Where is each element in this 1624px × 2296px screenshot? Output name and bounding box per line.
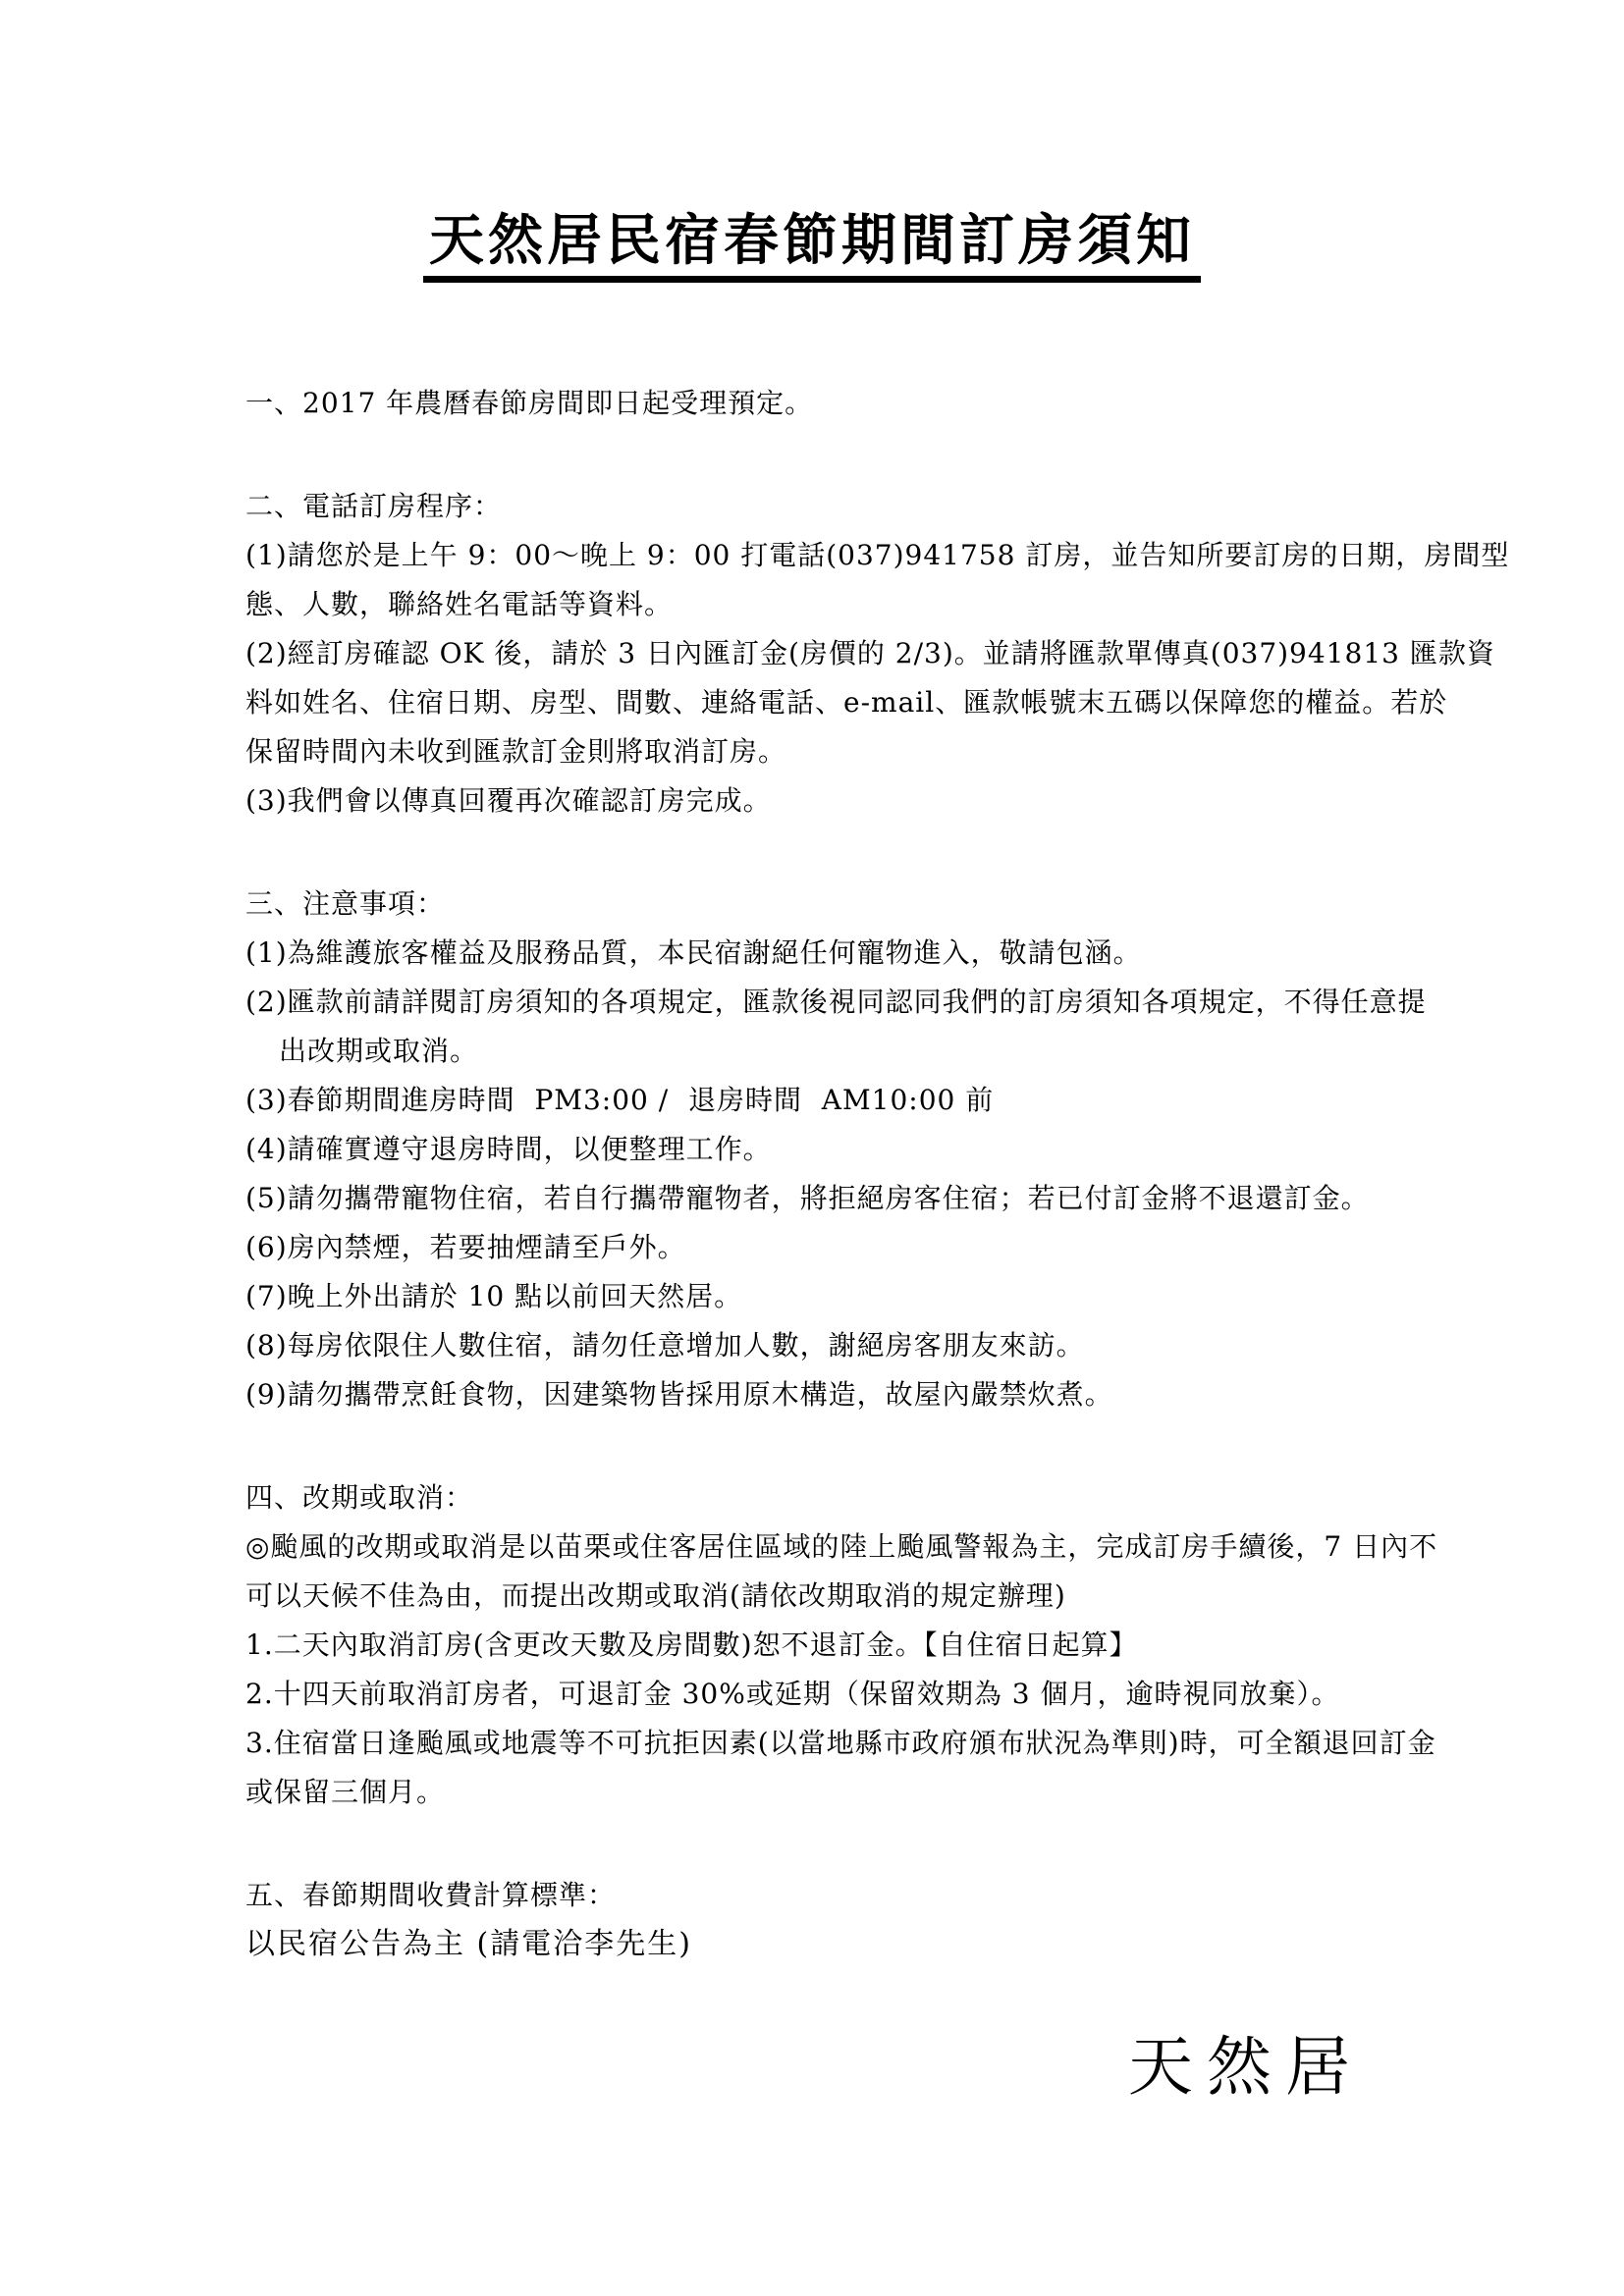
section-2-line-3: (2)經訂房確認 OK 後，請於 3 日內匯訂金(房價的 2/3)。並請將匯款單… <box>245 629 1428 678</box>
section-4-line-2: 可以天候不佳為由，而提出改期或取消(請依改期取消的規定辦理) <box>245 1572 1428 1621</box>
section-5-line-1: 以民宿公告為主 (請電洽李先生) <box>245 1920 1428 1969</box>
section-3-line-6: (5)請勿攜帶寵物住宿，若自行攜帶寵物者，將拒絕房客住宿；若已付訂金將不退還訂金… <box>245 1174 1428 1223</box>
section-2: 二、電話訂房程序： (1)請您於是上午 9：00～晚上 9：00 打電話(037… <box>245 482 1428 826</box>
section-3-line-8: (7)晚上外出請於 10 點以前回天然居。 <box>245 1272 1428 1321</box>
section-4-line-1: ◎颱風的改期或取消是以苗栗或住客居住區域的陸上颱風警報為主，完成訂房手續後，7 … <box>245 1522 1428 1572</box>
section-2-line-1: (1)請您於是上午 9：00～晚上 9：00 打電話(037)941758 訂房… <box>245 531 1428 580</box>
section-4-line-3: 1.二天內取消訂房(含更改天數及房間數)恕不退訂金。【自住宿日起算】 <box>245 1621 1428 1670</box>
section-3-line-9: (8)每房依限住人數住宿，請勿任意增加人數，謝絕房客朋友來訪。 <box>245 1321 1428 1370</box>
section-2-line-6: (3)我們會以傳真回覆再次確認訂房完成。 <box>245 776 1428 826</box>
section-1: 一、2017 年農曆春節房間即日起受理預定。 <box>245 379 1428 428</box>
section-3: 三、注意事項： (1)為維護旅客權益及服務品質，本民宿謝絕任何寵物進入，敬請包涵… <box>245 880 1428 1419</box>
section-3-line-5: (4)請確實遵守退房時間，以便整理工作。 <box>245 1125 1428 1174</box>
section-2-heading: 二、電話訂房程序： <box>245 482 1428 531</box>
section-4-line-6: 或保留三個月。 <box>245 1768 1428 1817</box>
signature: 天然居 <box>0 2023 1624 2111</box>
section-3-line-1: (1)為維護旅客權益及服務品質，本民宿謝絕任何寵物進入，敬請包涵。 <box>245 929 1428 978</box>
section-4-heading: 四、改期或取消： <box>245 1473 1428 1522</box>
page-title: 天然居民宿春節期間訂房須知 <box>423 209 1201 283</box>
section-3-line-2: (2)匯款前請詳閱訂房須知的各項規定，匯款後視同認同我們的訂房須知各項規定，不得… <box>245 978 1428 1027</box>
section-4-line-4: 2.十四天前取消訂房者，可退訂金 30%或延期（保留效期為 3 個月，逾時視同放… <box>245 1670 1428 1719</box>
section-2-line-5: 保留時間內未收到匯款訂金則將取消訂房。 <box>245 727 1428 776</box>
document-page: 天然居民宿春節期間訂房須知 一、2017 年農曆春節房間即日起受理預定。 二、電… <box>0 0 1624 2296</box>
section-3-heading: 三、注意事項： <box>245 880 1428 929</box>
section-2-line-4: 料如姓名、住宿日期、房型、間數、連絡電話、e-mail、匯款帳號末五碼以保障您的… <box>245 678 1428 727</box>
section-5-heading: 五、春節期間收費計算標準： <box>245 1871 1428 1920</box>
section-2-line-2: 態、人數，聯絡姓名電話等資料。 <box>245 580 1428 629</box>
title-wrap: 天然居民宿春節期間訂房須知 <box>0 0 1624 283</box>
section-1-heading: 一、2017 年農曆春節房間即日起受理預定。 <box>245 379 1428 428</box>
section-4-line-5: 3.住宿當日逢颱風或地震等不可抗拒因素(以當地縣市政府頒布狀況為準則)時，可全額… <box>245 1719 1428 1768</box>
section-3-line-4: (3)春節期間進房時間 PM3:00 / 退房時間 AM10:00 前 <box>245 1076 1428 1125</box>
section-4: 四、改期或取消： ◎颱風的改期或取消是以苗栗或住客居住區域的陸上颱風警報為主，完… <box>245 1473 1428 1817</box>
section-3-line-7: (6)房內禁煙，若要抽煙請至戶外。 <box>245 1223 1428 1272</box>
section-3-line-3: 出改期或取消。 <box>245 1027 1428 1076</box>
section-5: 五、春節期間收費計算標準： 以民宿公告為主 (請電洽李先生) <box>245 1871 1428 1969</box>
document-body: 一、2017 年農曆春節房間即日起受理預定。 二、電話訂房程序： (1)請您於是… <box>245 379 1428 1969</box>
section-3-line-10: (9)請勿攜帶烹飪食物，因建築物皆採用原木構造，故屋內嚴禁炊煮。 <box>245 1370 1428 1419</box>
